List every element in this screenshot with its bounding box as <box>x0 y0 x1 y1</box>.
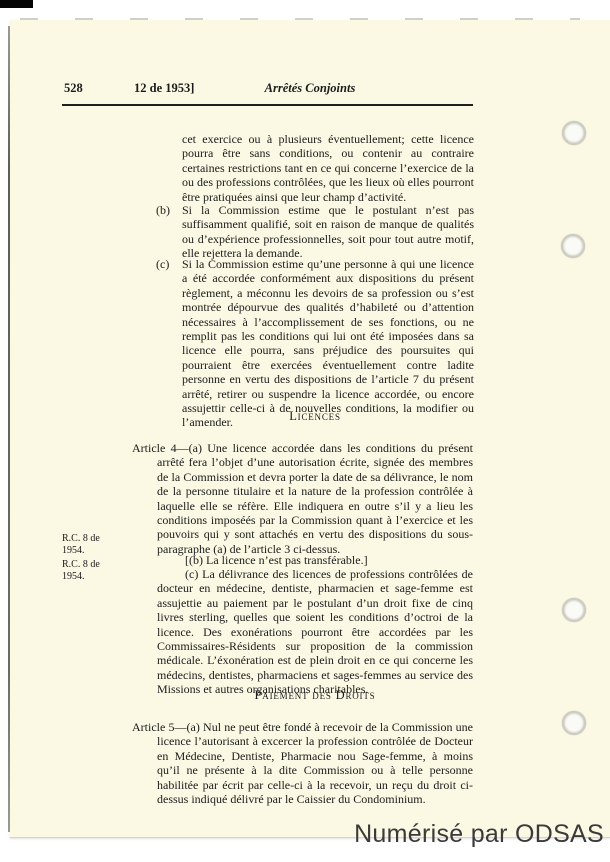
article-4-label: Article 4—(a) <box>132 441 202 455</box>
scan-corner-artifact <box>0 0 33 8</box>
article-4-clause-c: (c) La délivrance des licences de profes… <box>157 567 473 697</box>
scanned-document-view: 528 12 de 1953] Arrêtés Conjoints cet ex… <box>0 0 610 862</box>
margin-note-ref: R.C. 8 de <box>62 533 120 545</box>
margin-note: R.C. 8 de 1954. <box>62 559 120 582</box>
article-5-text: Nul ne peut être fondé à recevoir de la … <box>157 720 473 806</box>
section-heading-paiement-des-droits: Paiement des Droits <box>157 688 473 703</box>
margin-note-ref: R.C. 8 de <box>62 559 120 571</box>
page-number: 528 <box>64 81 83 96</box>
section-heading-licences: Licences <box>157 409 473 424</box>
clause-marker: (b) <box>156 203 170 217</box>
paragraph-continuation: cet exercice ou à plusieurs éventuelleme… <box>182 132 474 204</box>
article-4-clause-b: [(b) La licence n’est pas transférable.] <box>157 553 473 567</box>
punch-hole <box>562 598 586 622</box>
punch-hole <box>562 711 586 735</box>
header-edition-ref: 12 de 1953] <box>134 81 194 96</box>
margin-note: R.C. 8 de 1954. <box>62 533 120 556</box>
article-4: Article 4—(a) Une licence accordée dans … <box>157 441 473 556</box>
margin-note-year: 1954. <box>62 571 120 583</box>
clause-c: (c) Si la Commission estime qu’une perso… <box>182 257 474 430</box>
punch-hole <box>562 121 586 145</box>
clause-marker: (c) <box>156 257 169 271</box>
article-4-text: Une licence accordée dans les conditions… <box>157 441 473 556</box>
article-5-label: Article 5—(a) <box>132 720 200 734</box>
clause-text: Si la Commission estime qu’une personne … <box>182 257 474 429</box>
document-page: 528 12 de 1953] Arrêtés Conjoints cet ex… <box>10 20 610 838</box>
header-running-title: Arrêtés Conjoints <box>215 81 405 96</box>
clause-b: (b) Si la Commission estime que le postu… <box>182 203 474 261</box>
header-rule <box>62 104 473 106</box>
margin-note-year: 1954. <box>62 545 120 557</box>
clause-text: Si la Commission estime que le postulant… <box>182 203 474 260</box>
page-left-edge-shadow <box>8 26 10 832</box>
odsas-watermark: Numérisé par ODSAS <box>204 820 604 849</box>
article-5: Article 5—(a) Nul ne peut être fondé à r… <box>157 720 473 806</box>
punch-hole <box>561 234 585 258</box>
